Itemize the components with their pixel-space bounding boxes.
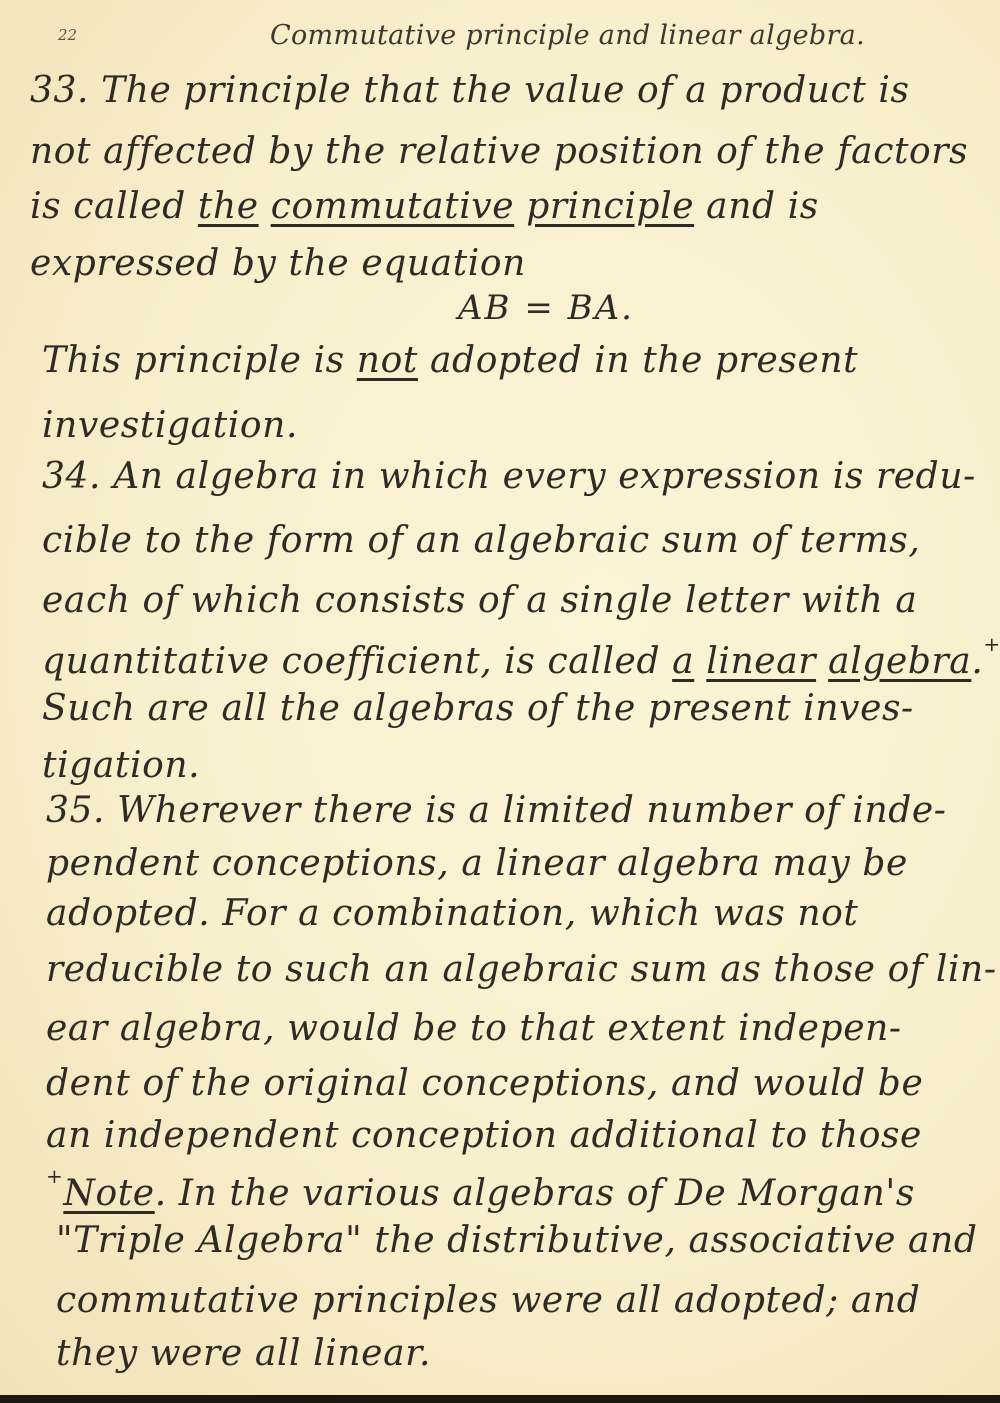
section-33-line-2: not affected by the relative position of… — [30, 131, 968, 172]
underlined-linear: linear — [706, 641, 816, 682]
footnote-marker: + — [983, 632, 1000, 656]
notebook-page: 22 Commutative principle and linear alge… — [0, 0, 1000, 1395]
section-34-line-1: 34. An algebra in which every expression… — [42, 456, 976, 497]
section-35-line-7: an independent conception additional to … — [46, 1115, 922, 1156]
underlined-the: the — [198, 186, 259, 227]
section-33-line-5: This principle is not adopted in the pre… — [42, 340, 858, 381]
section-34-line-2: cible to the form of an algebraic sum of… — [42, 520, 920, 561]
section-33-line-6: investigation. — [42, 405, 298, 446]
footnote-line-4: they were all linear. — [56, 1333, 431, 1374]
underlined-principle: principle — [526, 186, 694, 227]
section-34-line-3: each of which consists of a single lette… — [42, 580, 917, 621]
section-33-line-4: expressed by the equation — [30, 243, 526, 284]
section-35-line-1: 35. Wherever there is a limited number o… — [46, 790, 947, 831]
note-label: Note — [63, 1173, 154, 1214]
section-34-line-4: quantitative coefficient, is called a li… — [42, 632, 1000, 682]
section-35-line-3: adopted. For a combination, which was no… — [46, 893, 859, 934]
footnote-marker: + — [46, 1164, 63, 1188]
underlined-algebra: algebra — [828, 641, 971, 682]
section-35-line-5: ear algebra, would be to that extent ind… — [46, 1008, 902, 1049]
section-35-line-2: pendent conceptions, a linear algebra ma… — [46, 843, 908, 884]
section-34-line-6: tigation. — [42, 745, 200, 786]
section-35-line-6: dent of the original conceptions, and wo… — [46, 1063, 923, 1104]
page-number: 22 — [58, 26, 77, 44]
section-35-line-4: reducible to such an algebraic sum as th… — [46, 949, 997, 990]
underlined-not: not — [357, 340, 418, 381]
section-34-line-5: Such are all the algebras of the present… — [42, 688, 914, 729]
footnote-line-2: "Triple Algebra" the distributive, assoc… — [56, 1220, 978, 1261]
footnote-line-3: commutative principles were all adopted;… — [56, 1280, 920, 1321]
underlined-a: a — [672, 641, 694, 682]
running-head: Commutative principle and linear algebra… — [270, 20, 865, 51]
footnote-line-1: +Note. In the various algebras of De Mor… — [46, 1164, 915, 1214]
section-33-line-1: 33. The principle that the value of a pr… — [30, 70, 910, 111]
underlined-commutative: commutative — [271, 186, 514, 227]
section-33-line-3: is called the commutative principle and … — [30, 186, 819, 227]
equation: AB = BA. — [458, 288, 634, 328]
page-bottom-edge — [0, 1395, 1000, 1403]
